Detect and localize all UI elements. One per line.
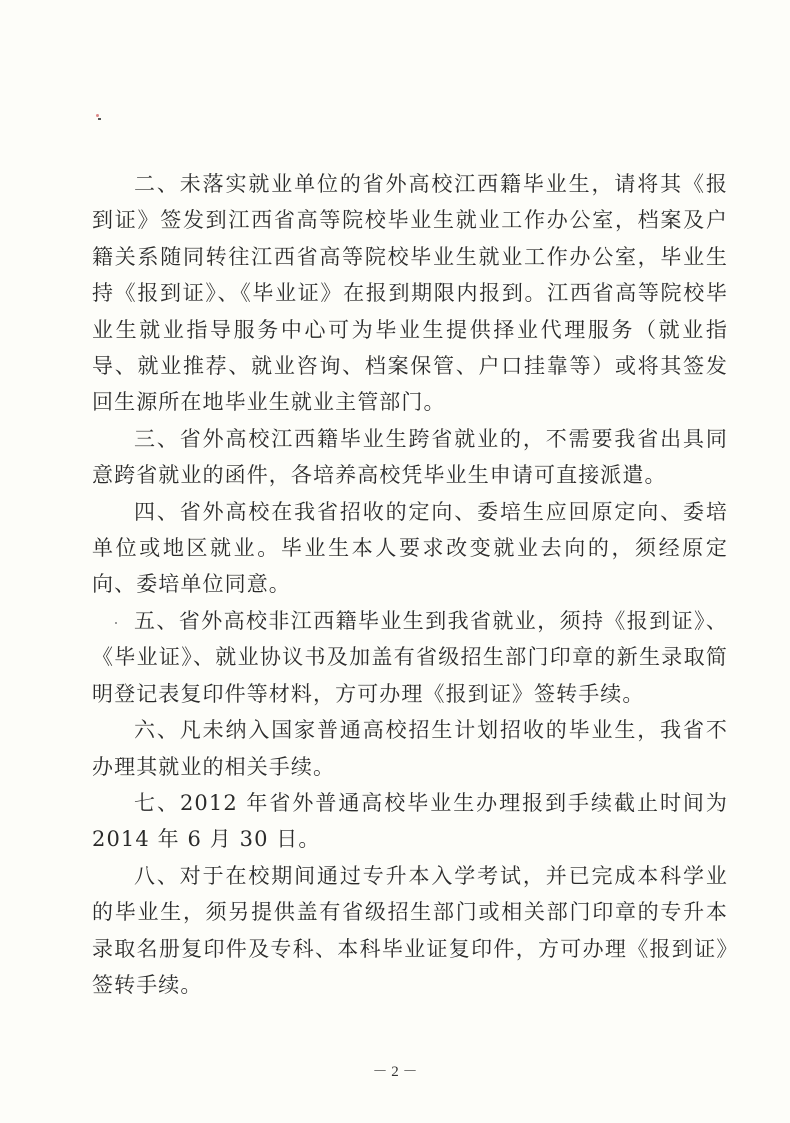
scan-mark bbox=[98, 118, 101, 120]
paragraph-6: 六、凡未纳入国家普通高校招生计划招收的毕业生，我省不办理其就业的相关手续。 bbox=[92, 712, 728, 785]
paragraph-4: 四、省外高校在我省招收的定向、委培生应回原定向、委培单位或地区就业。毕业生本人要… bbox=[92, 494, 728, 603]
document-body: 二、未落实就业单位的省外高校江西籍毕业生，请将其《报到证》签发到江西省高等院校毕… bbox=[92, 166, 728, 1003]
paragraph-2: 二、未落实就业单位的省外高校江西籍毕业生，请将其《报到证》签发到江西省高等院校毕… bbox=[92, 166, 728, 421]
paragraph-8: 八、对于在校期间通过专升本入学考试，并已完成本科学业的毕业生，须另提供盖有省级招… bbox=[92, 858, 728, 1004]
page-number: － 2 － bbox=[0, 1060, 790, 1081]
paragraph-3: 三、省外高校江西籍毕业生跨省就业的，不需要我省出具同意跨省就业的函件，各培养高校… bbox=[92, 421, 728, 494]
paragraph-5: 五、省外高校非江西籍毕业生到我省就业，须持《报到证》、《毕业证》、就业协议书及加… bbox=[92, 603, 728, 712]
scan-mark bbox=[96, 114, 99, 117]
paragraph-7: 七、2012 年省外普通高校毕业生办理报到手续截止时间为 2014 年 6 月 … bbox=[92, 785, 728, 858]
